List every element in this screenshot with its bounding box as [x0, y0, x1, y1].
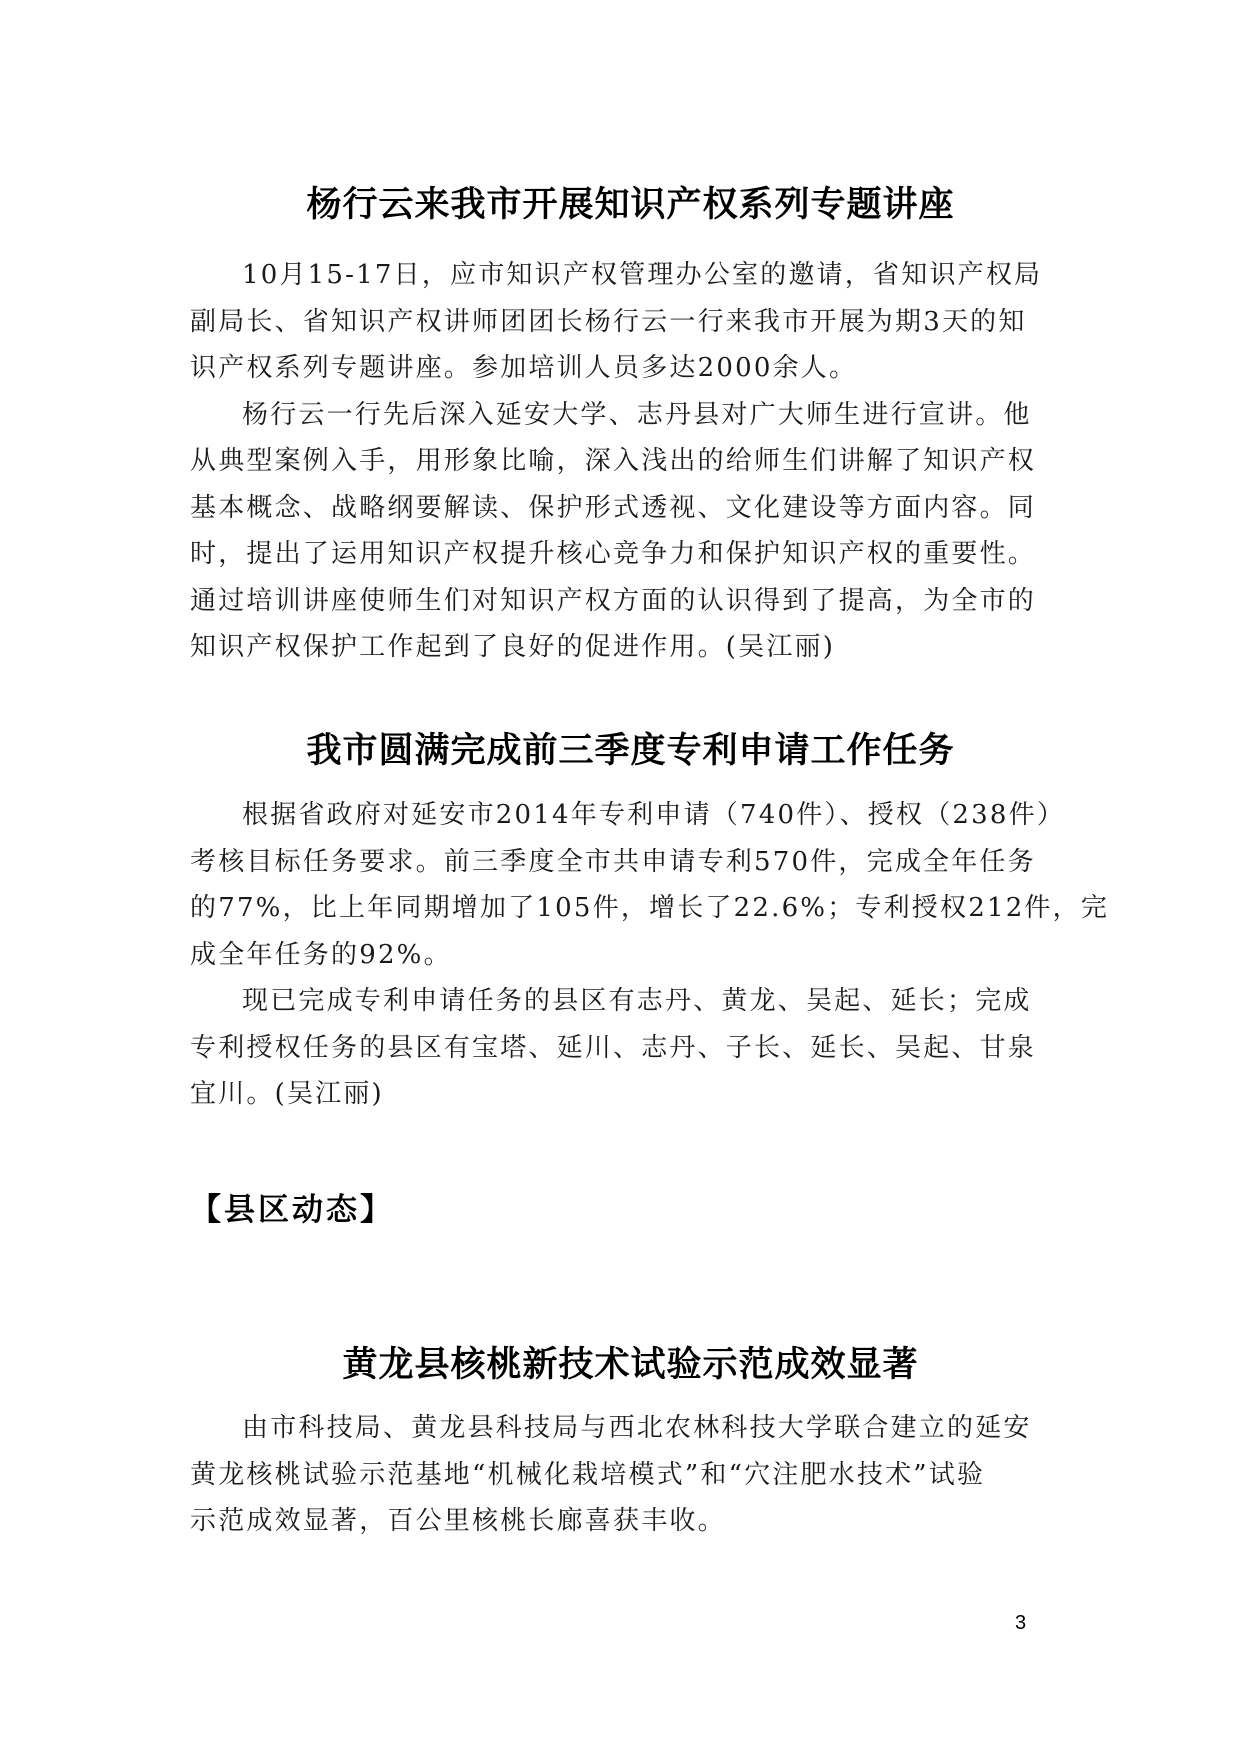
section-label-county-news: 【县区动态】: [190, 1190, 394, 1230]
paragraph-line: 知识产权保护工作起到了良好的促进作用。(吴江丽): [190, 624, 1050, 671]
paragraph-line: 的77%，比上年同期增加了105件，增长了22.6%；专利授权212件，完: [190, 885, 1050, 932]
paragraph-line: 由市科技局、黄龙县科技局与西北农林科技大学联合建立的延安: [190, 1405, 1050, 1452]
document-page: 杨行云来我市开展知识产权系列专题讲座 10月15-17日，应市知识产权管理办公室…: [0, 0, 1241, 1754]
article-body-walnut: 由市科技局、黄龙县科技局与西北农林科技大学联合建立的延安 黄龙核桃试验示范基地“…: [190, 1405, 1050, 1545]
paragraph-line: 专利授权任务的县区有宝塔、延川、志丹、子长、延长、吴起、甘泉: [190, 1025, 1050, 1072]
paragraph-line: 根据省政府对延安市2014年专利申请（740件）、授权（238件）: [190, 792, 1050, 839]
paragraph-line: 现已完成专利申请任务的县区有志丹、黄龙、吴起、延长；完成: [190, 978, 1050, 1025]
article-body-lecture: 10月15-17日，应市知识产权管理办公室的邀请，省知识产权局 副局长、省知识产…: [190, 252, 1050, 671]
paragraph-line: 副局长、省知识产权讲师团团长杨行云一行来我市开展为期3天的知: [190, 299, 1050, 346]
paragraph-line: 成全年任务的92%。: [190, 932, 1050, 979]
article-title-patent: 我市圆满完成前三季度专利申请工作任务: [10, 729, 1241, 773]
paragraph-line: 从典型案例入手，用形象比喻，深入浅出的给师生们讲解了知识产权: [190, 438, 1050, 485]
paragraph-line: 黄龙核桃试验示范基地“机械化栽培模式”和“穴注肥水技术”试验: [190, 1452, 1050, 1499]
paragraph-line: 基本概念、战略纲要解读、保护形式透视、文化建设等方面内容。同: [190, 485, 1050, 532]
paragraph-line: 宜川。(吴江丽): [190, 1071, 1050, 1118]
paragraph-line: 10月15-17日，应市知识产权管理办公室的邀请，省知识产权局: [190, 252, 1050, 299]
paragraph-line: 考核目标任务要求。前三季度全市共申请专利570件，完成全年任务: [190, 839, 1050, 886]
paragraph-line: 时，提出了运用知识产权提升核心竞争力和保护知识产权的重要性。: [190, 531, 1050, 578]
article-body-patent: 根据省政府对延安市2014年专利申请（740件）、授权（238件） 考核目标任务…: [190, 792, 1050, 1118]
paragraph-line: 示范成效显著，百公里核桃长廊喜获丰收。: [190, 1498, 1050, 1545]
page-number: 3: [1015, 1612, 1026, 1635]
paragraph-line: 识产权系列专题讲座。参加培训人员多达2000余人。: [190, 345, 1050, 392]
paragraph-line: 通过培训讲座使师生们对知识产权方面的认识得到了提高，为全市的: [190, 578, 1050, 625]
article-title-lecture: 杨行云来我市开展知识产权系列专题讲座: [10, 183, 1241, 227]
article-title-walnut: 黄龙县核桃新技术试验示范成效显著: [10, 1343, 1241, 1387]
paragraph-line: 杨行云一行先后深入延安大学、志丹县对广大师生进行宣讲。他: [190, 392, 1050, 439]
